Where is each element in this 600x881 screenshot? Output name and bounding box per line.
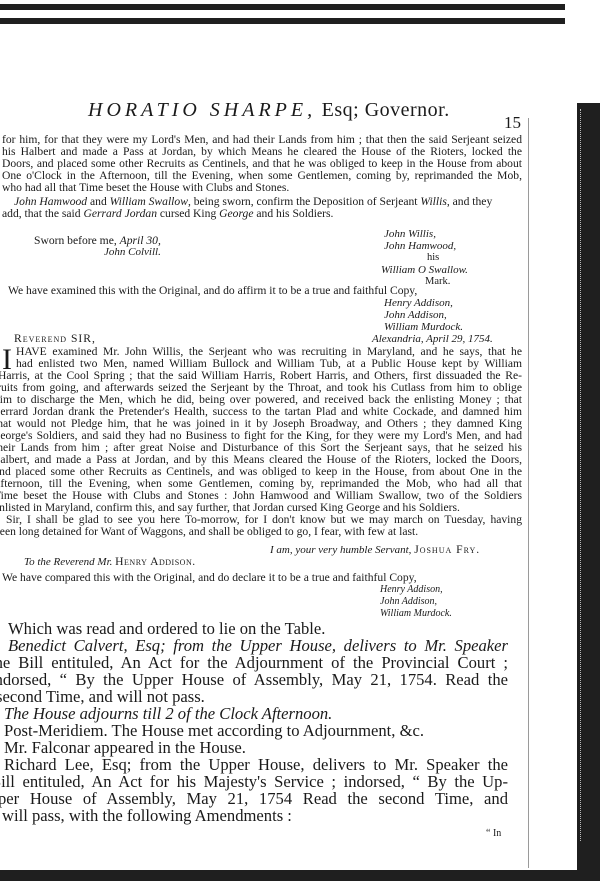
header-name: HORATIO SHARPE, — [88, 99, 316, 121]
justice-signature: John Colvill. — [104, 246, 161, 258]
proceedings-line: Benedict Calvert, Esq; from the Upper Ho… — [8, 637, 508, 654]
signatory: William O Swallow. — [381, 264, 468, 276]
header-office: Governor. — [359, 99, 450, 121]
attester: John Addison, — [380, 596, 437, 608]
letter-place-date: Alexandria, April 29, 1754. — [372, 333, 493, 345]
paragraph-line: who had all that Time beset the House wi… — [2, 182, 289, 194]
signatory: his — [427, 252, 439, 264]
signatory: John Hamwood, — [384, 240, 456, 252]
signatory: John Willis, — [384, 228, 436, 240]
attester: Henry Addison, — [384, 297, 453, 309]
proceedings-line: second Time, and will not pass. — [0, 688, 205, 705]
proceedings-line: per House of Assembly, May 21, 1754 Read… — [0, 790, 508, 807]
proceedings-line: The House adjourns till 2 of the Clock A… — [4, 705, 332, 722]
attester: John Addison, — [384, 309, 447, 321]
proceedings-line: indorsed, “ By the Upper House of Assemb… — [0, 671, 508, 688]
letter-salutation: Reverend SIR, — [14, 333, 96, 345]
book-page-edges-right — [577, 103, 600, 881]
page-margin-rule — [528, 118, 529, 868]
book-page-edges-bottom — [0, 870, 600, 881]
attester: William Murdock. — [384, 321, 463, 333]
catchword: “ In — [486, 828, 501, 840]
page-number: 15 — [504, 113, 521, 133]
proceedings-line: Which was read and ordered to lie on the… — [8, 620, 325, 637]
proceedings-line: Richard Lee, Esq; from the Upper House, … — [4, 756, 508, 773]
attester: William Murdock. — [380, 608, 452, 620]
proceedings-line: the Bill entituled, An Act for the Adjou… — [0, 654, 508, 671]
attestation: We have compared this with the Original,… — [2, 572, 417, 584]
letter-closing: I am, your very humble Servant, Joshua F… — [270, 544, 480, 556]
proceedings-line: Mr. Falconar appeared in the House. — [4, 739, 246, 756]
proceedings-line: Post-Meridiem. The House met according t… — [4, 722, 424, 739]
confirmation-line: add, that the said Gerrard Jordan cursed… — [2, 208, 333, 220]
letter-line: been long detained for Want of Waggons, … — [0, 526, 418, 538]
attester: Henry Addison, — [380, 584, 443, 596]
proceedings-line: will pass, with the following Amendments… — [2, 807, 292, 824]
running-header: HORATIO SHARPE, Esq; Governor. — [88, 99, 450, 122]
attestation: We have examined this with the Original,… — [8, 285, 417, 297]
book-page-edges-top — [0, 0, 590, 30]
signatory-mark: Mark. — [425, 276, 450, 288]
proceedings-line: Bill entituled, An Act for his Majesty's… — [0, 773, 508, 790]
letter-addressee: To the Reverend Mr. Henry Addison. — [24, 556, 196, 568]
header-suffix: Esq; — [316, 99, 359, 121]
